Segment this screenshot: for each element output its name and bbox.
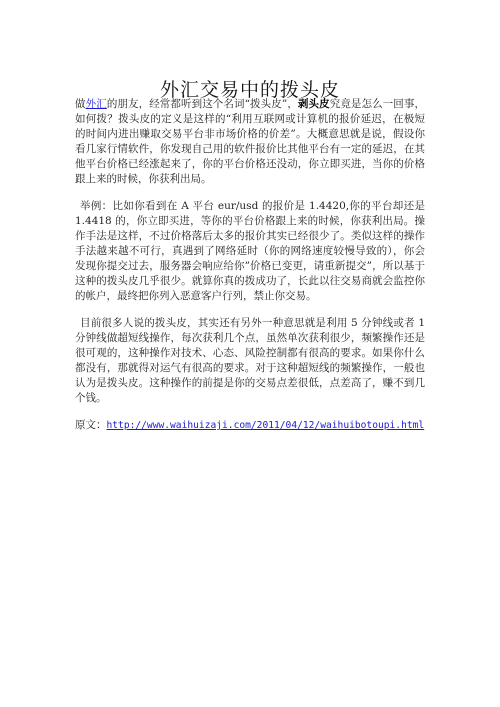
- text-segment: 的朋友，经常都听到这个名词“拨头皮”，: [107, 98, 298, 110]
- source-label: 原文：: [75, 419, 107, 431]
- paragraph-example: 举例：比如你看到在 A 平台 eur/usd 的报价是 1.4420,你的平台却…: [75, 199, 425, 304]
- source-line: 原文：http://www.waihuizaji.com/2011/04/12/…: [75, 418, 425, 433]
- document-body: 做外汇的朋友，经常都听到这个名词“拨头皮”，剥头皮究竟是怎么一回事，如何拨？拨头…: [75, 97, 425, 445]
- paragraph-scalping: 目前很多人说的拨头皮，其实还有另外一种意思就是利用 5 分钟线或者 1 分钟线做…: [75, 316, 425, 406]
- paragraph-definition: 做外汇的朋友，经常都听到这个名词“拨头皮”，剥头皮究竟是怎么一回事，如何拨？拨头…: [75, 97, 425, 187]
- text-segment: 做: [75, 98, 86, 110]
- bold-term: 剥头皮: [298, 98, 330, 110]
- document-page: 外汇交易中的拨头皮 做外汇的朋友，经常都听到这个名词“拨头皮”，剥头皮究竟是怎么…: [0, 0, 500, 707]
- text-segment: 究竟是怎么一回事，如何拨？拨头皮的定义是这样的“利用互联网或计算机的报价延迟，在…: [75, 98, 425, 185]
- source-link[interactable]: http://www.waihuizaji.com/2011/04/12/wai…: [107, 420, 425, 431]
- forex-link[interactable]: 外汇: [86, 98, 107, 110]
